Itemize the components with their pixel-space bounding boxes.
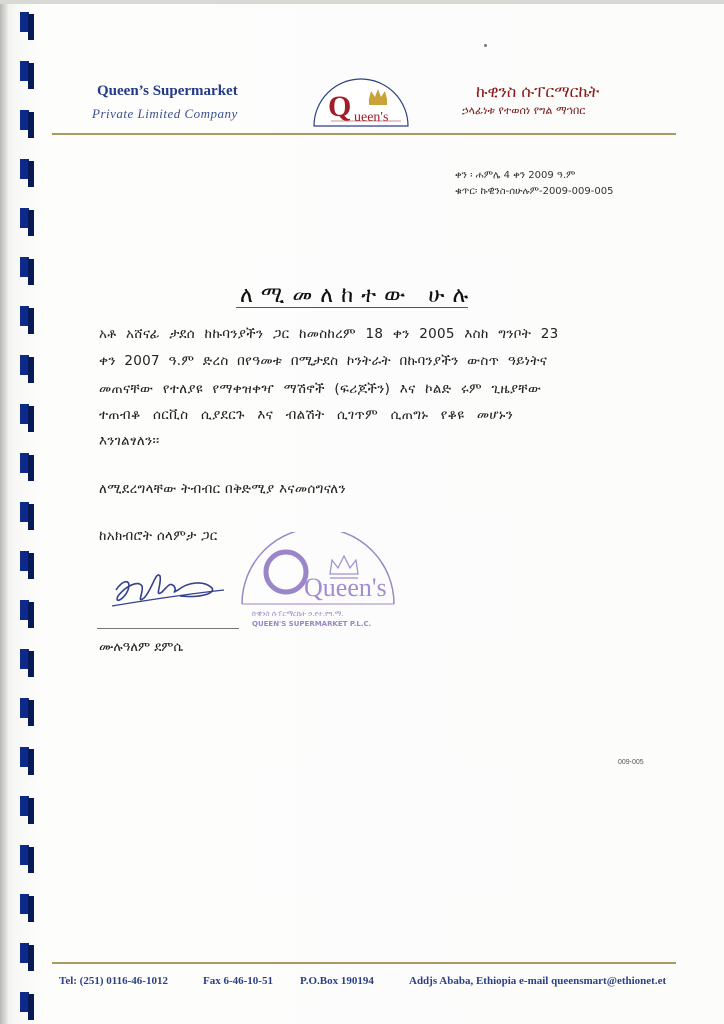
binding-clip — [20, 306, 34, 334]
header-rule — [52, 133, 676, 135]
handwritten-signature — [108, 560, 228, 615]
binding-clip — [20, 404, 34, 432]
body-line-5: እንገልፃለን፡፡ — [99, 433, 159, 449]
speck — [484, 44, 487, 47]
binding-clip — [20, 600, 34, 628]
logo-text: ueen's — [354, 110, 388, 125]
letter-title: ለሚመለከተው ሁሉ — [240, 283, 476, 308]
body-line-4: ተጠብቆ ሰርቪስ ሲያደርጉ እና ብልሽት ሲገጥም ሲጠግኑ የቆዩ መሆ… — [99, 407, 513, 423]
binding-clip — [20, 992, 34, 1020]
body-line-3: መጠናቸው የተለያዩ የማቀዝቀዣ ማሽኖች (ፍሪጆችን) እና ኮልድ ሩ… — [99, 381, 541, 397]
closing-thanks: ለሚደረግላቸው ትብብር በቅድሚያ እናመሰግናለን — [99, 481, 346, 497]
letter-page: Queen’s Supermarket Private Limited Comp… — [0, 0, 724, 1024]
binding-clip — [20, 159, 34, 187]
binding-clip — [20, 698, 34, 726]
queens-logo: Q ueen's — [311, 75, 411, 127]
binding-clip — [20, 355, 34, 383]
title-underline — [236, 307, 468, 308]
binding-clip — [20, 845, 34, 873]
binding-clip — [20, 453, 34, 481]
svg-text:QUEEN'S SUPERMARKET P.L.C.: QUEEN'S SUPERMARKET P.L.C. — [252, 620, 371, 628]
closing-regards: ከአክብሮት ሰላምታ ጋር — [99, 528, 218, 544]
binding-clip — [20, 257, 34, 285]
binding-clip — [20, 12, 34, 40]
signer-name: ሙሉዓለም ደምሴ — [99, 640, 183, 655]
svg-text:ኩዊንስ ሱፐርማርኬት ኃ.የተ.የግ.ማ.: ኩዊንስ ሱፐርማርኬት ኃ.የተ.የግ.ማ. — [252, 610, 344, 618]
letter-date: ቀን ፡ ሐምሌ 4 ቀን 2009 ዓ.ም — [455, 170, 575, 181]
body-line-1: አቶ አሸናፊ ታደሰ ከኩባንያችን ጋር ከመስከረም 18 ቀን 2005… — [99, 326, 559, 342]
binding-clip — [20, 502, 34, 530]
page-top-edge — [0, 0, 724, 4]
footer-telephone: Tel: (251) 0116-46-1012 — [59, 975, 168, 987]
document-code: 009-005 — [618, 759, 644, 766]
company-name-am: ኩዊንስ ሱፐርማርኬት — [476, 82, 599, 102]
spiral-binding — [0, 0, 40, 1024]
binding-clip — [20, 894, 34, 922]
footer-po-box: P.O.Box 190194 — [300, 975, 374, 987]
body-line-2: ቀን 2007 ዓ.ም ድረስ በየዓመቱ በሚታደስ ኮንትራት በኩባንያች… — [99, 353, 547, 369]
binding-clip — [20, 747, 34, 775]
footer-fax: Fax 6-46-10-51 — [203, 975, 273, 987]
footer-rule — [52, 962, 676, 964]
reference-number: ቁጥር፡ ኩዊንስ-ሰሁሉም-2009-009-005 — [455, 186, 613, 197]
binding-clip — [20, 649, 34, 677]
company-type-en: Private Limited Company — [92, 106, 238, 122]
svg-text:Q: Q — [328, 90, 351, 123]
company-type-am: ኃላፊነቱ የተወሰነ የግል ማኀበር — [462, 104, 585, 118]
binding-clip — [20, 208, 34, 236]
company-stamp: Queen's ኩዊንስ ሱፐርማርኬት ኃ.የተ.የግ.ማ. QUEEN'S … — [238, 532, 398, 632]
signature-line — [97, 628, 239, 629]
company-name-en: Queen’s Supermarket — [97, 83, 238, 100]
binding-clip — [20, 551, 34, 579]
svg-text:Queen's: Queen's — [304, 573, 387, 602]
binding-clip — [20, 943, 34, 971]
binding-clip — [20, 796, 34, 824]
binding-clip — [20, 61, 34, 89]
footer-address-email: Addjs Ababa, Ethiopia e-mail queensmart@… — [409, 975, 666, 987]
binding-clip — [20, 110, 34, 138]
